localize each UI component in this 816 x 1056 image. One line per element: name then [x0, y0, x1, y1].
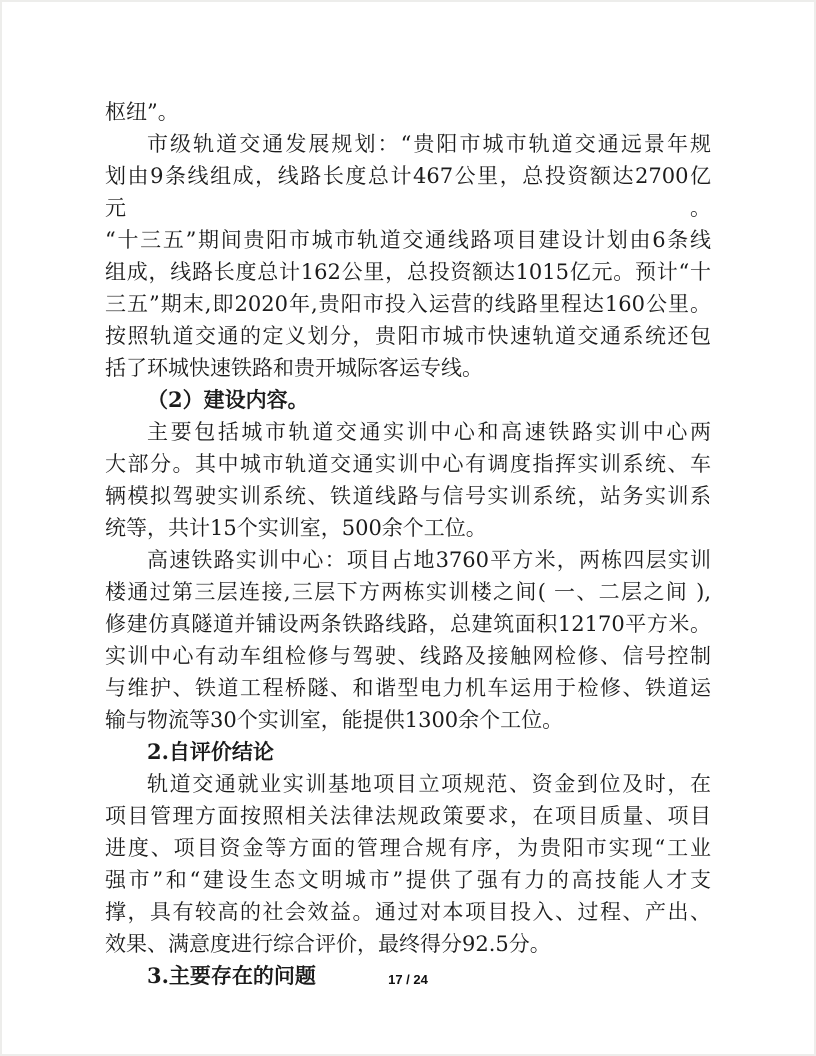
- text-line: 辆模拟驾驶实训系统、铁道线路与信号实训系统，站务实训系: [105, 480, 711, 512]
- text-line: 枢纽”。: [105, 96, 711, 128]
- text-line: 统等，共计15个实训室，500余个工位。: [105, 512, 711, 544]
- paragraph: 轨道交通就业实训基地项目立项规范、资金到位及时，在项目管理方面按照相关法律法规政…: [105, 768, 711, 960]
- text-line: 实训中心有动车组检修与驾驶、线路及接触网检修、信号控制: [105, 640, 711, 672]
- text-line: 三五”期末,即2020年,贵阳市投入运营的线路里程达160公里。: [105, 288, 711, 320]
- paragraph: 市级轨道交通发展规划：“贵阳市城市轨道交通远景年规划由9条线组成，线路长度总计4…: [105, 128, 711, 384]
- text-line: 市级轨道交通发展规划：“贵阳市城市轨道交通远景年规: [105, 128, 711, 160]
- text-line: 强市”和“建设生态文明城市”提供了强有力的高技能人才支: [105, 864, 711, 896]
- text-line: 撑，具有较高的社会效益。通过对本项目投入、过程、产出、: [105, 896, 711, 928]
- text-line: 组成，线路长度总计162公里，总投资额达1015亿元。预计“十: [105, 256, 711, 288]
- paragraph: 高速铁路实训中心：项目占地3760平方米，两栋四层实训楼通过第三层连接,三层下方…: [105, 544, 711, 736]
- text-line: 楼通过第三层连接,三层下方两栋实训楼之间( 一、二层之间 ),: [105, 576, 711, 608]
- text-line: （2）建设内容。: [105, 384, 711, 416]
- text-line: 项目管理方面按照相关法律法规政策要求，在项目质量、项目: [105, 800, 711, 832]
- text-line: 划由9条线组成，线路长度总计467公里，总投资额达2700亿元。: [105, 160, 711, 224]
- text-line: 修建仿真隧道并铺设两条铁路线路，总建筑面积12170平方米。: [105, 608, 711, 640]
- text-line: “十三五”期间贵阳市城市轨道交通线路项目建设计划由6条线: [105, 224, 711, 256]
- text-line: 高速铁路实训中心：项目占地3760平方米，两栋四层实训: [105, 544, 711, 576]
- text-line: 与维护、铁道工程桥隧、和谐型电力机车运用于检修、铁道运: [105, 672, 711, 704]
- paragraph: 主要包括城市轨道交通实训中心和高速铁路实训中心两大部分。其中城市轨道交通实训中心…: [105, 416, 711, 544]
- paragraph: 枢纽”。: [105, 96, 711, 128]
- section-heading: （2）建设内容。: [105, 384, 711, 416]
- text-line: 主要包括城市轨道交通实训中心和高速铁路实训中心两: [105, 416, 711, 448]
- page-footer: 17 / 24: [0, 972, 816, 987]
- text-line: 按照轨道交通的定义划分，贵阳市城市快速轨道交通系统还包: [105, 320, 711, 352]
- document-page: 枢纽”。市级轨道交通发展规划：“贵阳市城市轨道交通远景年规划由9条线组成，线路长…: [0, 0, 816, 1056]
- text-line: 进度、项目资金等方面的管理合规有序，为贵阳市实现“工业: [105, 832, 711, 864]
- page-number: 17 / 24: [388, 972, 428, 987]
- section-heading: 2.自评价结论: [105, 736, 711, 768]
- text-line: 括了环城快速铁路和贵开城际客运专线。: [105, 352, 711, 384]
- text-line: 2.自评价结论: [105, 736, 711, 768]
- text-line: 轨道交通就业实训基地项目立项规范、资金到位及时，在: [105, 768, 711, 800]
- text-line: 大部分。其中城市轨道交通实训中心有调度指挥实训系统、车: [105, 448, 711, 480]
- text-line: 效果、满意度进行综合评价，最终得分92.5分。: [105, 928, 711, 960]
- document-body: 枢纽”。市级轨道交通发展规划：“贵阳市城市轨道交通远景年规划由9条线组成，线路长…: [105, 96, 711, 992]
- text-line: 输与物流等30个实训室，能提供1300余个工位。: [105, 704, 711, 736]
